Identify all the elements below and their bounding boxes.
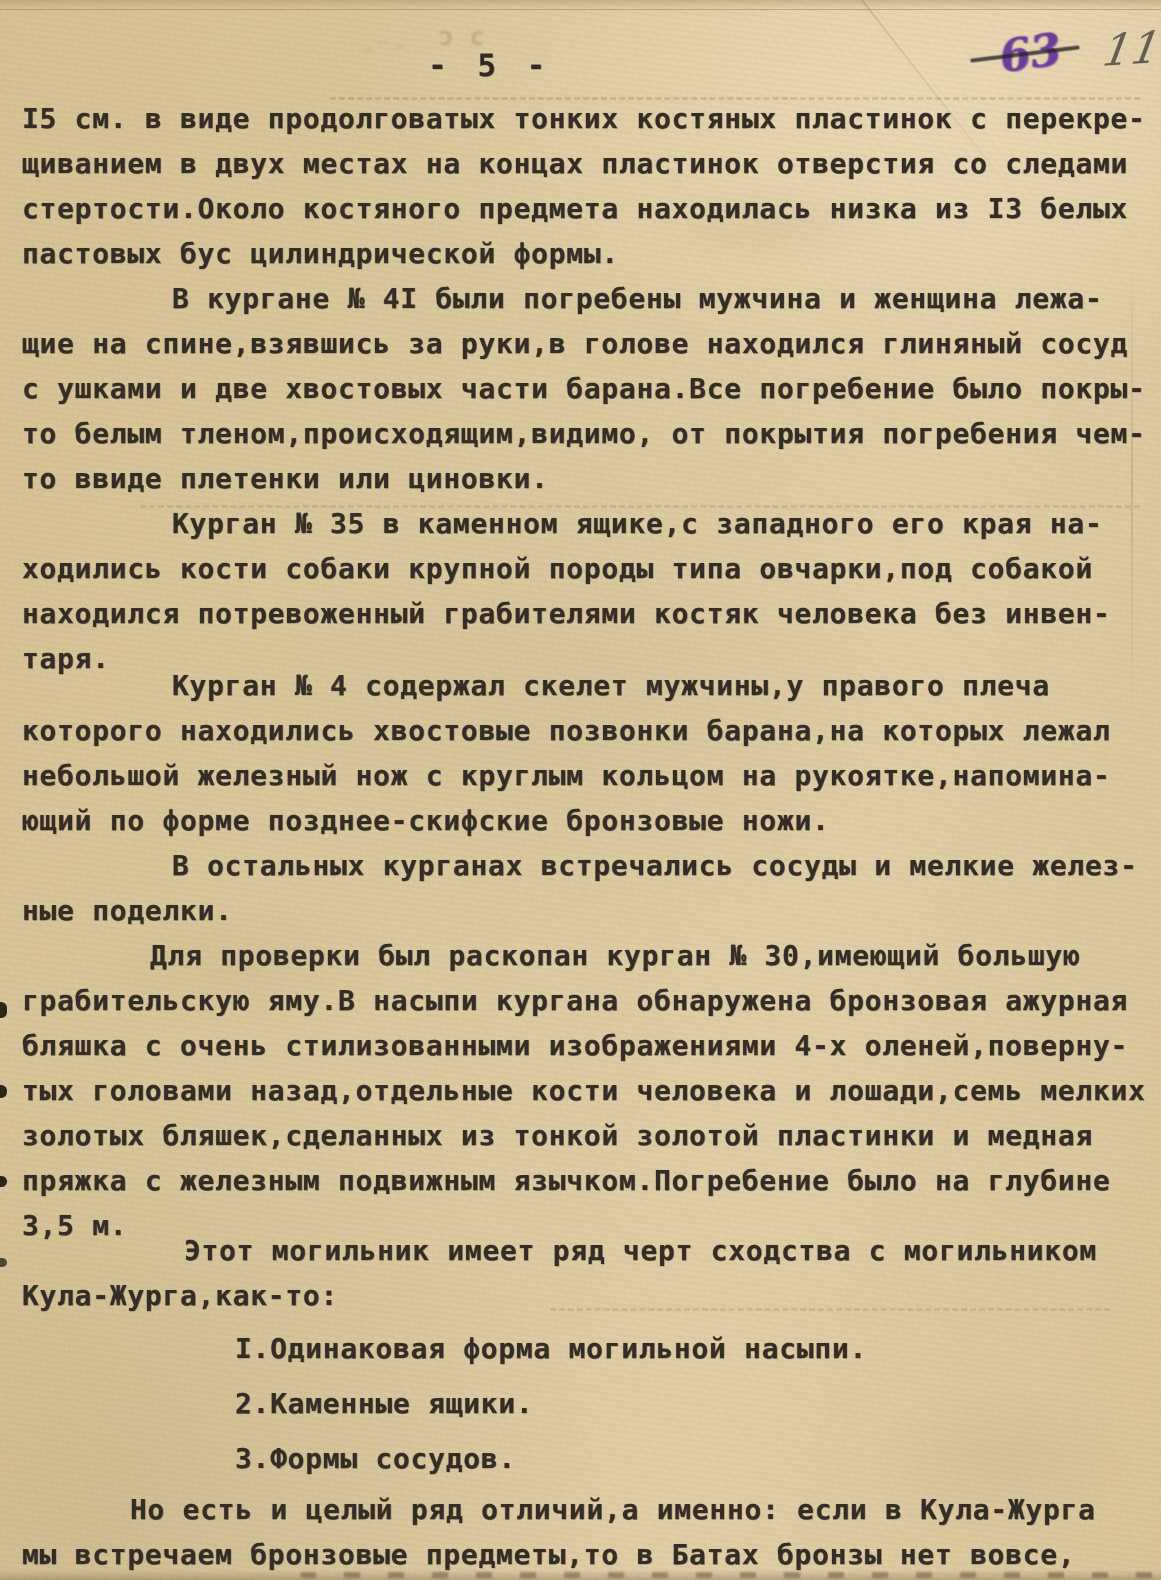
text-line: ные поделки. <box>22 888 1152 933</box>
page-number: - 5 - <box>428 48 551 84</box>
text-line: В кургане № 4I были погребены мужчина и … <box>22 276 1152 321</box>
text-line: В остальных курганах встречались сосуды … <box>22 843 1152 888</box>
text-line: грабительскую яму.В насыпи кургана обнар… <box>22 978 1152 1023</box>
text-line: то ввиде плетенки или циновки. <box>22 456 1152 501</box>
text-line: ходились кости собаки крупной породы тип… <box>22 546 1152 591</box>
text-line: пастовых бус цилиндрической формы. <box>22 231 1152 276</box>
list-item-line: I.Одинаковая форма могильной насыпи. <box>22 1326 1152 1371</box>
text-line: которого находились хвостовые позвонки б… <box>22 708 1152 753</box>
text-line: золотых бляшек,сделанных из тонкой золот… <box>22 1113 1152 1158</box>
text-line: то белым тленом,происходящим,видимо, от … <box>22 411 1152 456</box>
text-line: I5 см. в виде продолговатых тонких костя… <box>22 96 1152 141</box>
text-line: пряжка с железным подвижным язычком.Погр… <box>22 1158 1152 1203</box>
text-line: находился потревоженный грабителями кост… <box>22 591 1152 636</box>
text-line: щие на спине,взявшись за руки,в голове н… <box>22 321 1152 366</box>
text-line: Курган № 4 содержал скелет мужчины,у пра… <box>22 663 1152 708</box>
text-line: тых головами назад,отдельные кости челов… <box>22 1068 1152 1113</box>
list-item-line: 2.Каменные ящики. <box>22 1381 1152 1426</box>
folio-number: 11 <box>1099 22 1161 77</box>
typed-text-block: I5 см. в виде продолговатых тонких костя… <box>22 96 1152 1577</box>
text-line: Для проверки был раскопан курган № 30,им… <box>22 933 1152 978</box>
strikethrough-mark <box>970 45 1080 62</box>
crossed-out-stamp: 63 <box>988 26 1078 86</box>
text-line: Этот могильник имеет ряд черт сходства с… <box>22 1228 1152 1273</box>
text-line: с ушками и две хвостовых части барана.Вс… <box>22 366 1152 411</box>
text-line: мы встречаем бронзовые предметы,то в Бат… <box>22 1532 1152 1577</box>
text-line: Но есть и целый ряд отличий,а именно: ес… <box>22 1487 1152 1532</box>
text-line: Кула-Журга,как-то: <box>22 1273 1152 1318</box>
text-line: щиванием в двух местах на концах пластин… <box>22 141 1152 186</box>
stamp-number-crossed: 63 <box>997 24 1065 83</box>
binding-mark <box>0 1176 7 1187</box>
binding-mark <box>0 1085 7 1098</box>
binding-mark <box>0 1002 7 1018</box>
binding-mark <box>0 1258 7 1267</box>
ghost-mark: ᵕ̈ ᵔ <box>360 38 407 68</box>
paper-top-edge <box>0 0 1161 10</box>
text-line: Курган № 35 в каменном ящике,с западного… <box>22 501 1152 546</box>
scanned-document-page: ͻ ϲ ᵕ̈ ᵔ - 5 - 63 11 I5 см. в виде продо… <box>0 0 1161 1580</box>
text-line: небольшой железный нож с круглым кольцом… <box>22 753 1152 798</box>
text-line: ющий по форме позднее-скифские бронзовые… <box>22 798 1152 843</box>
text-line: стертости.Около костяного предмета наход… <box>22 186 1152 231</box>
list-item-line: 3.Формы сосудов. <box>22 1436 1152 1481</box>
text-line: бляшка с очень стилизованными изображени… <box>22 1023 1152 1068</box>
